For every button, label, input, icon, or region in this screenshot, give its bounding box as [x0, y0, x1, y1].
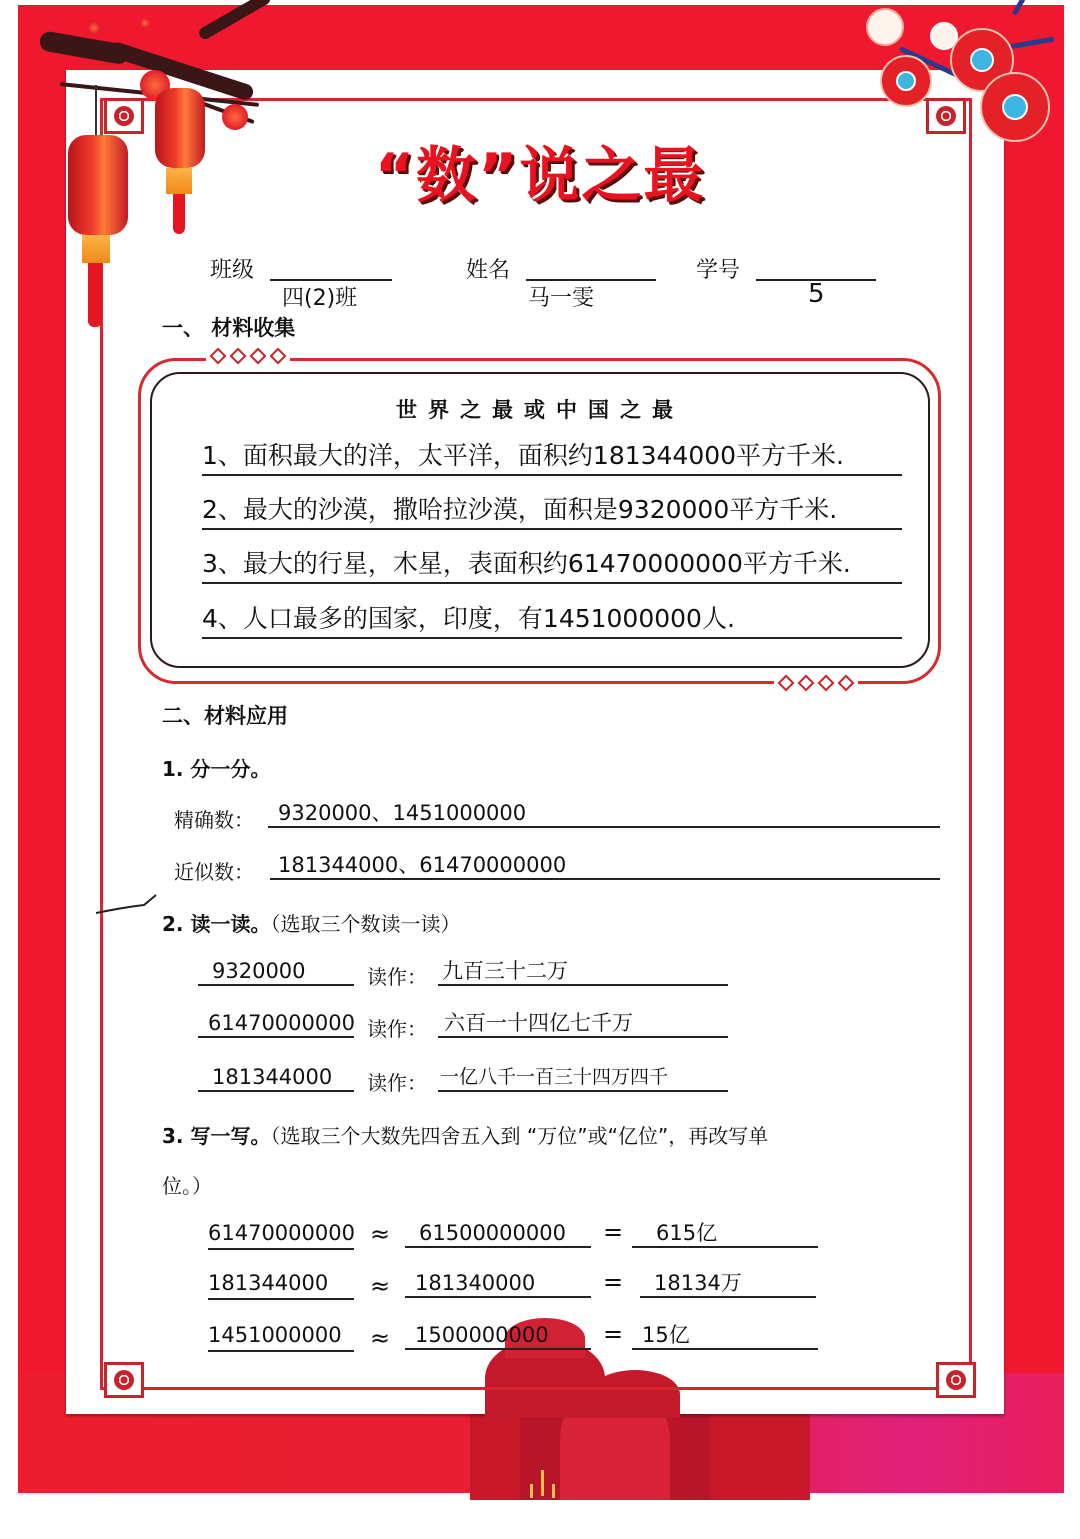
read-as-label-3: 读作：: [367, 1067, 427, 1096]
student-number-label: 学号: [696, 253, 740, 284]
q1-title: 1. 分一分。: [162, 753, 270, 782]
q3-original-3[interactable]: 1451000000: [208, 1320, 354, 1352]
q2-reading-2[interactable]: 六百一十四亿七千万: [438, 1008, 728, 1038]
read-as-label-2: 读作：: [367, 1013, 427, 1042]
section2-heading: 二、材料应用: [162, 700, 288, 730]
q3-title-bold: 3. 写一写。: [162, 1124, 270, 1148]
page-title: “数”说之最: [0, 128, 1080, 214]
equals-symbol-1: =: [603, 1218, 623, 1246]
q2-reading-3[interactable]: 一亿八千一百三十四万四千: [438, 1062, 728, 1092]
approx-symbol-2: ≈: [370, 1272, 390, 1300]
name-field[interactable]: 马一雯: [526, 279, 656, 281]
q3-rounded-3[interactable]: 1500000000: [405, 1320, 591, 1350]
q2-number-3[interactable]: 181344000: [198, 1062, 354, 1092]
q3-original-1[interactable]: 61470000000: [208, 1218, 354, 1250]
fact-line-1[interactable]: 1、面积最大的洋，太平洋，面积约181344000平方千米.: [202, 438, 902, 476]
q3-title-continued: 位。）: [162, 1170, 212, 1199]
q3-original-2[interactable]: 181344000: [208, 1268, 354, 1300]
student-number-field[interactable]: 5: [756, 279, 876, 281]
approx-number-label: 近似数：: [174, 856, 254, 885]
q2-title-note: （选取三个数读一读）: [270, 912, 460, 936]
name-value: 马一雯: [528, 281, 594, 312]
q3-rewritten-2[interactable]: 18134万: [640, 1268, 816, 1298]
box-title: 世界之最或中国之最: [0, 394, 1080, 424]
equals-symbol-2: =: [603, 1268, 623, 1296]
pen-stroke-mark: [96, 893, 158, 915]
q2-number-1[interactable]: 9320000: [198, 956, 354, 986]
q3-rewritten-1[interactable]: 615亿: [632, 1218, 818, 1248]
corner-knot-bottom-left: [104, 1362, 144, 1398]
fact-line-4[interactable]: 4、人口最多的国家，印度，有1451000000人.: [202, 601, 902, 639]
diamond-ornament-top: [206, 350, 290, 362]
q2-title-bold: 2. 读一读。: [162, 912, 270, 936]
name-label: 姓名: [466, 253, 510, 284]
fact-line-2[interactable]: 2、最大的沙漠，撒哈拉沙漠，面积是9320000平方千米.: [202, 492, 902, 530]
read-as-label-1: 读作：: [367, 961, 427, 990]
exact-number-label: 精确数：: [174, 804, 254, 833]
section1-heading: 一、 材料收集: [162, 312, 295, 342]
approx-number-field[interactable]: 181344000、61470000000: [270, 850, 940, 880]
approx-symbol-3: ≈: [370, 1324, 390, 1352]
q3-rounded-2[interactable]: 181340000: [405, 1268, 591, 1298]
class-value: 四(2)班: [282, 281, 357, 312]
diamond-ornament-bottom: [774, 677, 858, 689]
fact-line-3[interactable]: 3、最大的行星，木星，表面积约61470000000平方千米.: [202, 546, 902, 584]
class-field[interactable]: 四(2)班: [270, 279, 392, 281]
exact-number-field[interactable]: 9320000、1451000000: [268, 798, 940, 828]
class-label: 班级: [210, 253, 254, 284]
q3-title-note: （选取三个大数先四舍五入到 “万位”或“亿位”，再改写单: [270, 1124, 768, 1148]
q2-reading-1[interactable]: 九百三十二万: [438, 956, 728, 986]
q3-title: 3. 写一写。（选取三个大数先四舍五入到 “万位”或“亿位”，再改写单: [162, 1120, 952, 1149]
equals-symbol-3: =: [603, 1320, 623, 1348]
q3-rounded-1[interactable]: 61500000000: [405, 1218, 591, 1248]
q2-number-2[interactable]: 61470000000: [198, 1008, 354, 1038]
student-number-value: 5: [808, 279, 825, 309]
corner-knot-bottom-right: [936, 1362, 976, 1398]
approx-symbol-1: ≈: [370, 1220, 390, 1248]
q2-title: 2. 读一读。（选取三个数读一读）: [162, 908, 460, 937]
q3-rewritten-3[interactable]: 15亿: [632, 1320, 818, 1350]
student-info-row: 班级 四(2)班 姓名 马一雯 学号 5: [0, 245, 1080, 285]
